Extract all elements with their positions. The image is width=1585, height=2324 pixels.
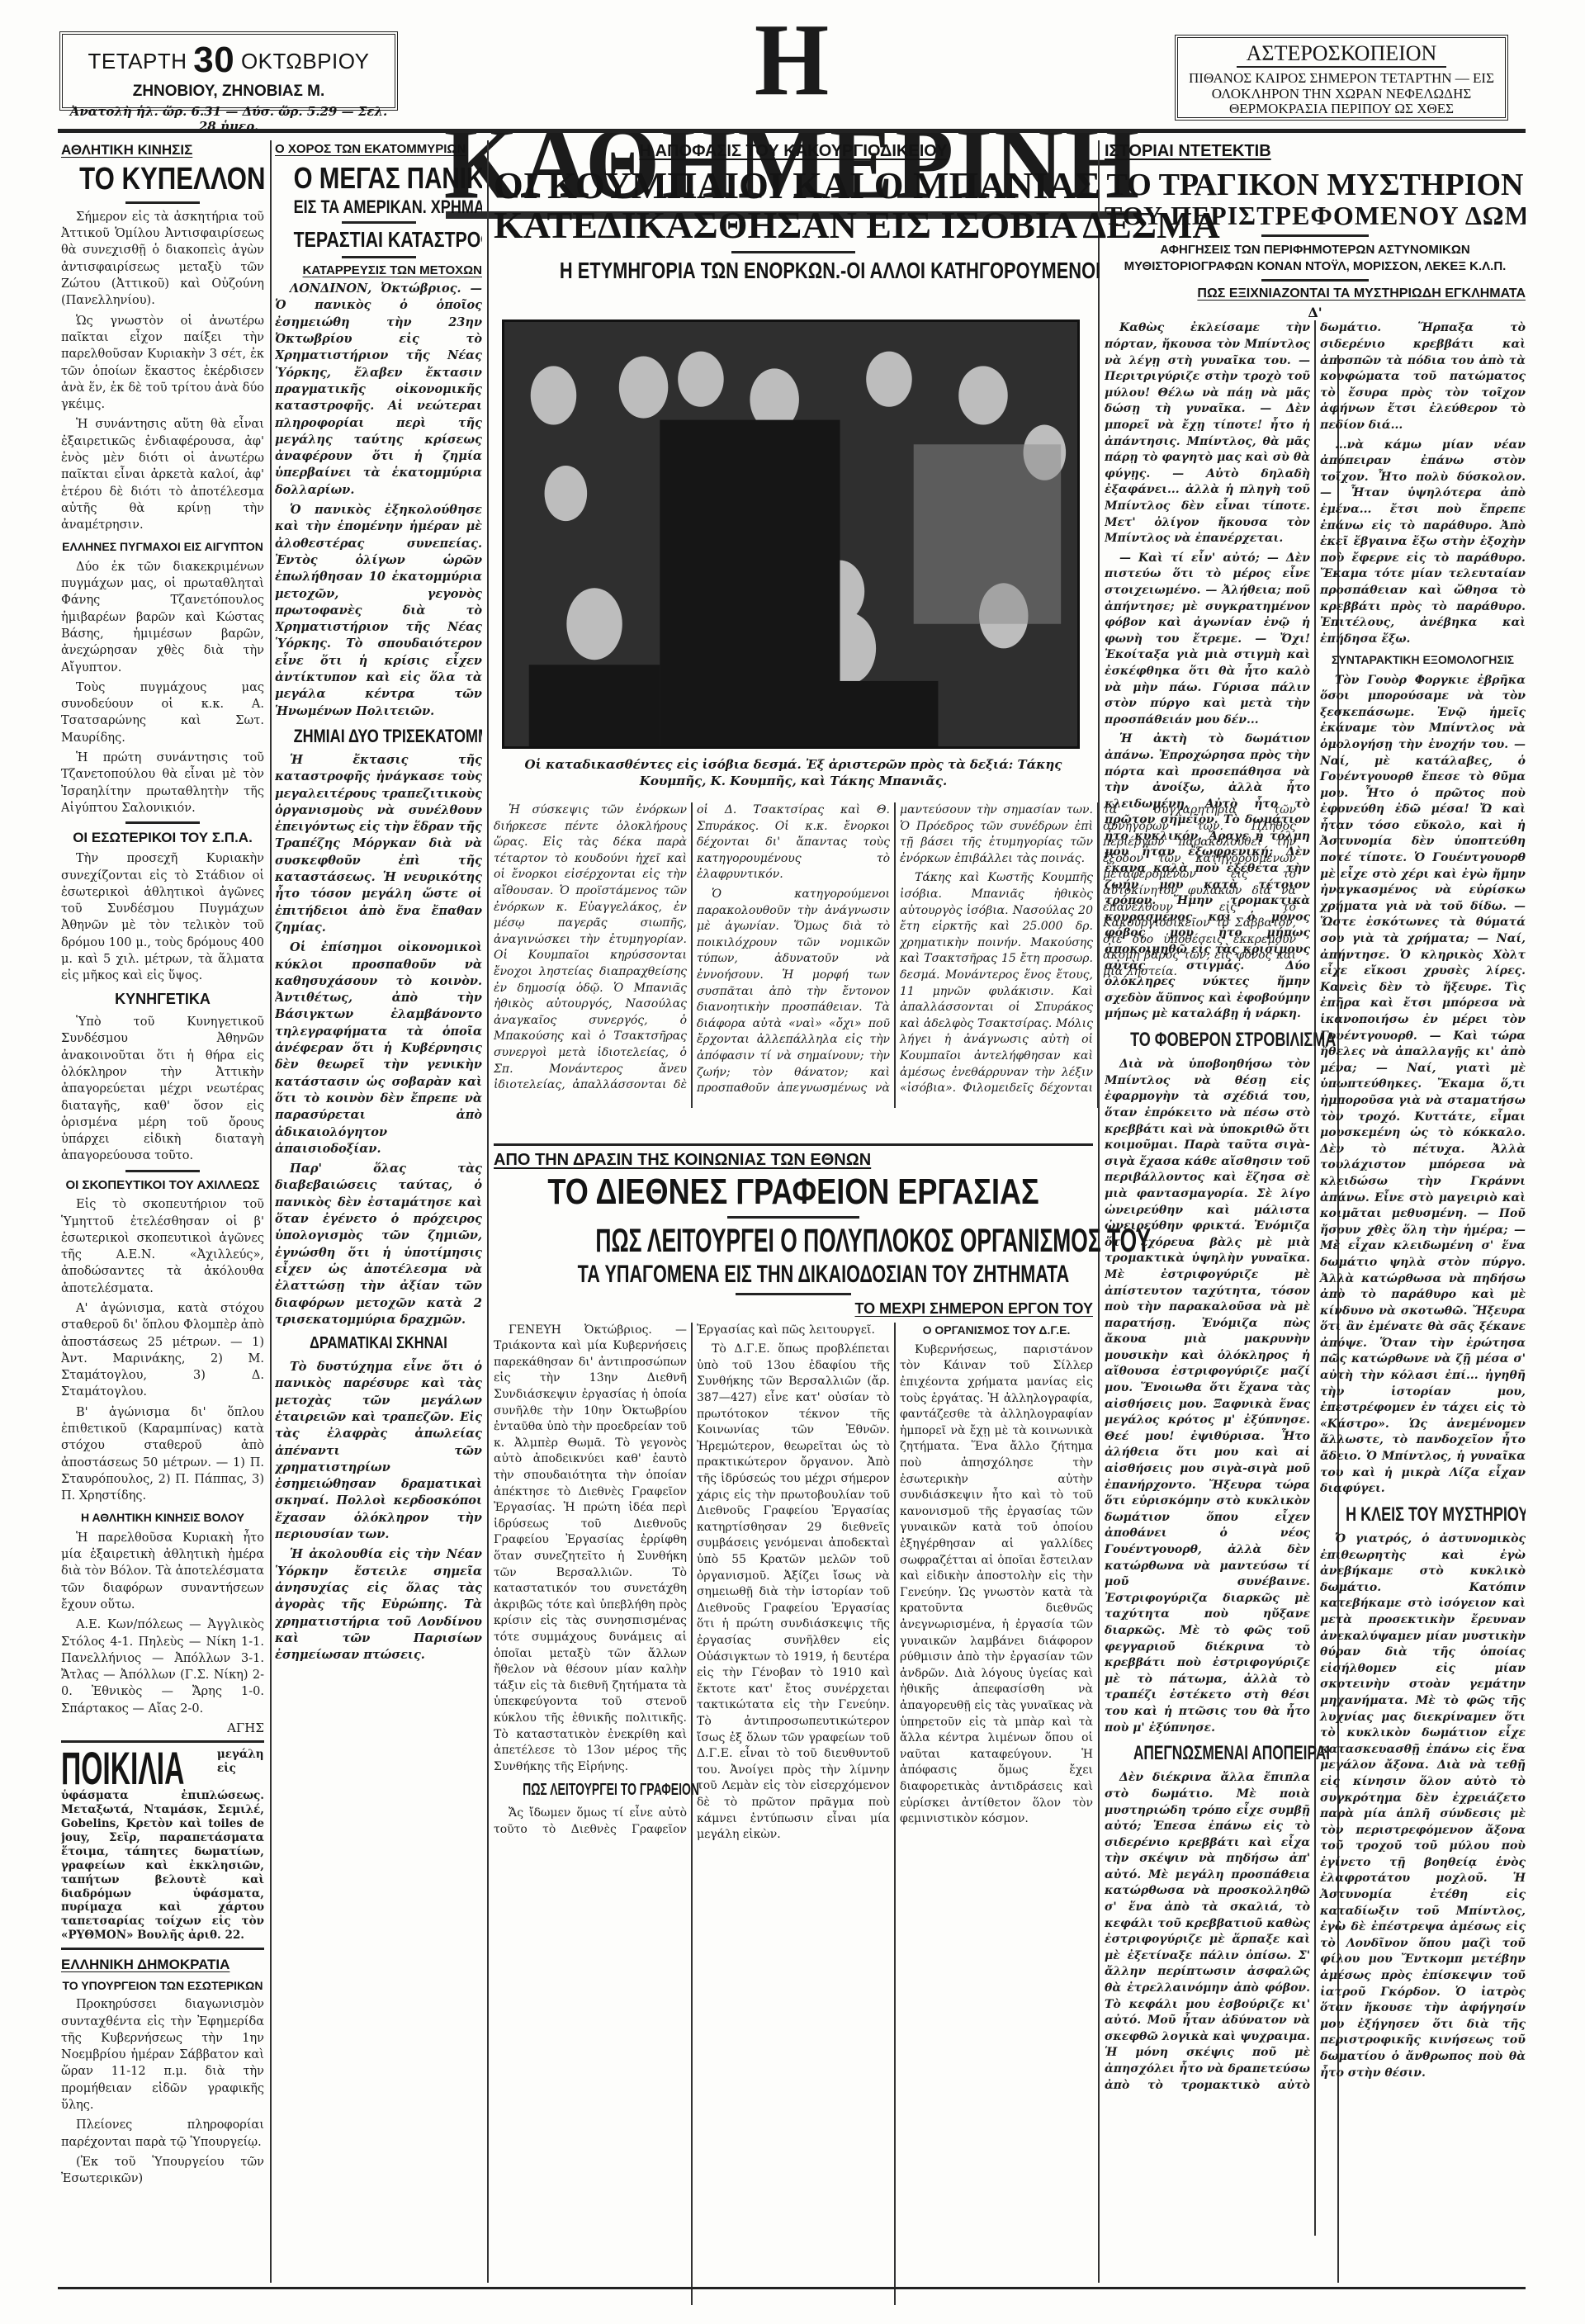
paragraph: Τὸν Γουὸρ Φοργκιε ἐβρῆκα ὅσοι μπορούσαμε… — [1320, 673, 1526, 1498]
newspaper-title-block: Η ΚΑΘΗΜΕΡΙΝΗ — [429, 17, 1156, 124]
article-subheading: ΑΠΕΓΝΩΣΜΕΝΑΙ ΑΠΟΠΕΙΡΑΙ — [1133, 1743, 1281, 1763]
divider — [736, 1293, 851, 1295]
paragraph: Α' ἀγώνισμα, κατὰ στόχου σταθεροῦ δι' ὅπ… — [61, 1300, 264, 1401]
paragraph: Εἰς τὸ σκοπευτήριον τοῦ Ὑμηττοῦ ἐτελέσθη… — [61, 1196, 264, 1297]
article-subheading: Η ΚΛΕΙΣ ΤΟΥ ΜΥΣΤΗΡΙΟΥ — [1346, 1504, 1500, 1525]
paragraph: Ὡς γνωστὸν οἱ ἀνωτέρω παῖκται εἶχον παίξ… — [61, 313, 264, 414]
paragraph: ΓΕΝΕΥΗ Ὀκτώβριος. — Τριάκοντα καὶ μία Κυ… — [494, 1323, 687, 1776]
part-number: Δ' — [1105, 305, 1526, 320]
divider — [1261, 279, 1369, 282]
article-subheading: ΚΥΝΗΓΕΤΙΚΑ — [61, 990, 264, 1009]
article-headline-2: ΕΙΣ ΤΑ ΑΜΕΡΙΚΑΝ. ΧΡΗΜΑΤΙΣΤΗΡΙΑ — [294, 197, 464, 216]
paragraph: — Καὶ τί εἶν' αὐτό; — Δὲν πιστεύω ὅτι τὸ… — [1105, 551, 1310, 729]
date-month: ΟΚΤΩΒΡΙΟΥ — [241, 49, 370, 73]
paragraph: Ὁ γιατρός, ὁ ἀστυνομικὸς ἐπιθεωρητὴς καὶ… — [1320, 1531, 1526, 2081]
paragraph: Ἡ ἔκτασις τῆς καταστροφῆς ἠνάγκασε τοὺς … — [275, 752, 482, 936]
photo-crowd-illustration — [504, 322, 1077, 746]
article-headline-2: ΚΑΤΕΔΙΚΑΣΘΗΣΑΝ ΕΙΣ ΙΣΟΒΙΑ ΔΕΣΜΑ — [494, 206, 1093, 245]
paragraph: Τὸ δυστύχημα εἶνε ὅτι ὁ πανικὸς παρέσυρε… — [275, 1359, 482, 1543]
article-subheading: ΠΩΣ ΛΕΙΤΟΥΡΓΕΙ ΤΟ ΓΡΑΦΕΙΟΝ — [523, 1782, 658, 1799]
article-subheading: ΕΛΛΗΝΕΣ ΠΥΓΜΑΧΟΙ ΕΙΣ ΑΙΓΥΠΤΟΝ — [61, 539, 264, 554]
article-headline-3: ΤΑ ΥΠΑΓΟΜΕΝΑ ΕΙΣ ΤΗΝ ΔΙΚΑΙΟΔΟΣΙΑΝ ΤΟΥ ΖΗ… — [578, 1261, 1010, 1288]
paragraph: Β' ἀγώνισμα δι' ὅπλου ἐπιθετικοῦ (Καραμπ… — [61, 1404, 264, 1505]
photo-caption: Οἱ καταδικασθέντες εἰς ἰσόβια δεσμά. Ἐξ … — [494, 757, 1093, 789]
advertisement: ΠΟΙΚΙΛΙΑ μεγάλη εἰς ὑφάσματα ἐπιπλώσεως.… — [61, 1748, 264, 1943]
section-kicker: ΑΘΛΗΤΙΚΗ ΚΙΝΗΣΙΣ — [61, 142, 264, 159]
divider — [125, 1170, 200, 1172]
paragraph: Ἡ συνάντησις αὕτη θὰ εἶναι ἐξαιρετικῶς ἐ… — [61, 416, 264, 533]
article-ilo: ΑΠΟ ΤΗΝ ΔΡΑΣΙΝ ΤΗΣ ΚΟΙΝΩΝΙΑΣ ΤΩΝ ΕΘΝΩΝ Τ… — [494, 1143, 1093, 2291]
paragraph: Ἡ παρελθοῦσα Κυριακὴ ἦτο μία ἐξαιρετικὴ … — [61, 1530, 264, 1613]
paragraph: Κυβερνήσεως, παριστάνον τὸν Κάιναν τοῦ Σ… — [900, 1342, 1093, 1828]
masthead-rule — [58, 129, 1526, 133]
paragraph: Τὸ Δ.Γ.Ε. ὅπως προβλέπεται ὑπὸ τοῦ 13ου … — [697, 1342, 890, 1843]
article-subheading: ΚΑΤΑΡΡΕΥΣΙΣ ΤΩΝ ΜΕΤΟΧΩΝ — [275, 263, 482, 277]
article-headline: ΤΟ ΔΙΕΘΝΕΣ ΓΡΑΦΕΙΟΝ ΕΡΓΑΣΙΑΣ — [547, 1173, 1039, 1211]
article-subheading: ΟΙ ΕΣΩΤΕΡΙΚΟΙ ΤΟΥ Σ.Π.Α. — [61, 829, 264, 847]
divider — [125, 201, 200, 204]
article-headline-3: ΤΕΡΑΣΤΙΑΙ ΚΑΤΑΣΤΡΟΦΑΙ — [294, 229, 464, 251]
paragraph: Ὑπὸ τοῦ Κυνηγετικοῦ Συνδέσμου Ἀθηνῶν ἀνα… — [61, 1014, 264, 1165]
divider — [727, 1216, 859, 1219]
paragraph: Δύο ἐκ τῶν διακεκριμένων πυγμάχων μας, ο… — [61, 559, 264, 676]
courtroom-photo — [502, 319, 1080, 749]
divider — [1261, 234, 1369, 237]
date-box: ΤΕΤΑΡΤΗ 30 ΟΚΤΩΒΡΙΟΥ ΖΗΝΟΒΙΟΥ, ΖΗΝΟΒΙΑΣ … — [59, 31, 398, 111]
paragraph: Τὴν προσεχῆ Κυριακὴν συνεχίζονται εἰς τὸ… — [61, 850, 264, 984]
trial-body: Ἡ σύσκεψις τῶν ἐνόρκων διήρκεσε πέντε ὁλ… — [494, 802, 1093, 1108]
column-divider — [487, 140, 489, 2283]
date-line: ΤΕΤΑΡΤΗ 30 ΟΚΤΩΒΡΙΟΥ — [69, 40, 388, 81]
paragraph: Διὰ νὰ ὑποβοηθήσω τὸν Μπίντλος νὰ θέσῃ ε… — [1105, 1057, 1310, 1736]
weather-box: ΑΣΤΕΡΟΣΚΟΠΕΙΟΝ ΠΙΘΑΝΟΣ ΚΑΙΡΟΣ ΣΗΜΕΡΟΝ ΤΕ… — [1175, 35, 1508, 121]
section-kicker: ΙΣΤΟΡΙΑΙ ΝΤΕΤΕΚΤΙΒ — [1105, 142, 1526, 161]
paragraph: Ἡ πρώτη συνάντησις τοῦ Τζανετοπούλου θὰ … — [61, 750, 264, 816]
article-subheading: ΤΟ ΦΟΒΕΡΟΝ ΣΤΡΟΒΙΛΙΣΜΑ — [1130, 1029, 1285, 1050]
page-bottom-rule — [58, 2287, 1526, 2289]
namedays: ΖΗΝΟΒΙΟΥ, ΖΗΝΟΒΙΑΣ Μ. — [69, 83, 388, 101]
divider — [731, 251, 855, 253]
article-subheading: ΔΡΑΜΑΤΙΚΑΙ ΣΚΗΝΑΙ — [294, 1335, 464, 1352]
article-subheading: ΤΟ ΥΠΟΥΡΓΕΙΟΝ ΤΩΝ ΕΣΩΤΕΡΙΚΩΝ — [61, 1978, 264, 1993]
paragraph: Α.Ε. Κων/πόλεως — Ἀγγλικὸς Στόλος 4-1. Π… — [61, 1616, 264, 1717]
article-subheading: Ο ΟΡΓΑΝΙΣΜΟΣ ΤΟΥ Δ.Γ.Ε. — [900, 1323, 1093, 1337]
divider — [342, 221, 416, 224]
paragraph: ...νὰ κάμω μίαν νέαν ἀπόπειραν ἐπάνω στὸ… — [1320, 438, 1526, 648]
ornamental-rule — [494, 1143, 1093, 1146]
column-divider — [1098, 140, 1100, 2283]
divider — [342, 256, 416, 258]
paragraph: Πλείονες πληροφορίαι παρέχονται παρὰ τῷ … — [61, 2117, 264, 2151]
paragraph: Παρ' ὅλας τὰς διαβεβαιώσεις ταύτας, ὁ πα… — [275, 1161, 482, 1328]
divider — [61, 1740, 264, 1743]
paragraph: ΛΟΝΔΙΝΟΝ, Ὀκτώβριος. — Ὁ πανικὸς ὁ ὁποῖο… — [275, 281, 482, 499]
paragraph: Ἡ ἀκτὴ τὸ δωμάτιον ἀπάνω. Ἐπροχώρησα πρὸ… — [1105, 731, 1310, 1023]
article-headline: ΤΟ ΚΥΠΕΛΛΟΝ «ΚΕΤΣΕΑ» — [79, 163, 246, 196]
paragraph: Ἡ ἀκολουθία εἰς τὴν Νέαν Ὑόρκην ἔστειλε … — [275, 1546, 482, 1664]
paragraph: Ὁ πανικὸς ἐξηκολούθησε καὶ τὴν ἑπομένην … — [275, 502, 482, 720]
ilo-body: ΓΕΝΕΥΗ Ὀκτώβριος. — Τριάκοντα καὶ μία Κυ… — [494, 1323, 1093, 2305]
paragraph: Καθὼς ἐκλείσαμε τὴν πόρταν, ἤκουσα τὸν Μ… — [1105, 320, 1310, 547]
detective-body: Καθὼς ἐκλείσαμε τὴν πόρταν, ἤκουσα τὸν Μ… — [1105, 320, 1526, 2236]
paragraph: (Ἐκ τοῦ Ὑπουργείου τῶν Ἐσωτερικῶν) — [61, 2154, 264, 2188]
section-kicker: ΑΠΟ ΤΗΝ ΔΡΑΣΙΝ ΤΗΣ ΚΟΙΝΩΝΙΑΣ ΤΩΝ ΕΘΝΩΝ — [494, 1151, 1093, 1170]
article-subheading: ΟΙ ΣΚΟΠΕΥΤΙΚΟΙ ΤΟΥ ΑΧΙΛΛΕΩΣ — [61, 1177, 264, 1194]
article-subheading: Η ΑΘΛΗΤΙΚΗ ΚΙΝΗΣΙΣ ΒΟΛΟΥ — [61, 1510, 264, 1525]
section-kicker: Η ΑΠΟΦΑΣΙΣ ΤΟΥ ΚΑΚΟΥΡΓΙΟΔΙΚΕΙΟΥ — [494, 142, 1093, 161]
date-number: 30 — [193, 40, 234, 80]
weather-title: ΑΣΤΕΡΟΣΚΟΠΕΙΟΝ — [1237, 41, 1447, 68]
paragraph: Σήμερον εἰς τὰ ἀσκητήρια τοῦ Ἀττικοῦ Ὁμί… — [61, 209, 264, 310]
article-subheading: ΑΦΗΓΗΣΕΙΣ ΤΩΝ ΠΕΡΙΦΗΜΟΤΕΡΩΝ ΑΣΤΥΝΟΜΙΚΩΝ … — [1105, 242, 1526, 274]
weather-forecast: ΠΙΘΑΝΟΣ ΚΑΙΡΟΣ ΣΗΜΕΡΟΝ ΤΕΤΑΡΤΗΝ — ΕΙΣ ΟΛ… — [1183, 71, 1500, 117]
article-headline-2: ΤΟΥ ΠΕΡΙΣΤΡΕΦΟΜΕΝΟΥ ΔΩΜΑΤΙΟΥ — [1105, 202, 1526, 230]
paragraph: Τοὺς πυγμάχους μας συνοδεύουν οἱ κ.κ. Α.… — [61, 679, 264, 746]
article-trial: Η ΑΠΟΦΑΣΙΣ ΤΟΥ ΚΑΚΟΥΡΓΙΟΔΙΚΕΙΟΥ ΟΙ ΚΟΥΜΠ… — [494, 142, 1093, 1108]
divider — [61, 1948, 264, 1950]
column-divider — [270, 140, 272, 2283]
signature: ΑΓΗΣ — [61, 1721, 264, 1735]
article-subheading: ΣΥΝΤΑΡΑΚΤΙΚΗ ΕΞΟΜΟΛΟΓΗΣΙΣ — [1320, 652, 1526, 667]
article-detective: ΙΣΤΟΡΙΑΙ ΝΤΕΤΕΚΤΙΒ ΤΟ ΤΡΑΓΙΚΟΝ ΜΥΣΤΗΡΙΟΝ… — [1105, 142, 1526, 2289]
column-sports: ΑΘΛΗΤΙΚΗ ΚΙΝΗΣΙΣ ΤΟ ΚΥΠΕΛΛΟΝ «ΚΕΤΣΕΑ» Σή… — [61, 142, 264, 2289]
paragraph: Οἱ ἐπίσημοι οἰκονομικοὶ κύκλοι προσπαθοῦ… — [275, 940, 482, 1157]
section-kicker: Ο ΧΟΡΟΣ ΤΩΝ ΕΚΑΤΟΜΜΥΡΙΩΝ — [275, 142, 482, 156]
article-headline-2: ΠΩΣ ΛΕΙΤΟΥΡΓΕΙ Ο ΠΟΛΥΠΛΟΚΟΣ ΟΡΓΑΝΙΣΜΟΣ Τ… — [595, 1224, 991, 1258]
article-headline: ΤΟ ΤΡΑΓΙΚΟΝ ΜΥΣΤΗΡΙΟΝ — [1105, 169, 1526, 202]
date-day: ΤΕΤΑΡΤΗ — [88, 49, 187, 73]
article-subheading: ΖΗΜΙΑΙ ΔΥΟ ΤΡΙΣΕΚΑΤΟΜΜΥΡΙΩΝ — [294, 727, 464, 745]
section-kicker: ΕΛΛΗΝΙΚΗ ΔΗΜΟΚΡΑΤΙΑ — [61, 1957, 264, 1973]
article-subheading: ΤΟ ΜΕΧΡΙ ΣΗΜΕΡΟΝ ΕΡΓΟΝ ΤΟΥ — [494, 1300, 1093, 1318]
ad-title: ΠΟΙΚΙΛΙΑ — [61, 1748, 184, 1789]
article-headline: ΟΙ ΚΟΥΜΠΑΙΟΙ ΚΑΙ Ο ΜΠΑΝΙΑΣ — [494, 166, 1093, 206]
paragraph: Προκηρύσσει διαγωνισμὸν συνταχθέντα εἰς … — [61, 1996, 264, 2113]
article-kicker-2: ΠΩΣ ΕΞΙΧΝΙΑΖΟΝΤΑΙ ΤΑ ΜΥΣΤΗΡΙΩΔΗ ΕΓΚΛΗΜΑΤ… — [1105, 286, 1526, 301]
article-headline: Ο ΜΕΓΑΣ ΠΑΝΙΚΟΣ — [294, 163, 464, 194]
divider — [125, 821, 200, 824]
column-stock-panic: Ο ΧΟΡΟΣ ΤΩΝ ΕΚΑΤΟΜΜΥΡΙΩΝ Ο ΜΕΓΑΣ ΠΑΝΙΚΟΣ… — [275, 142, 482, 2289]
article-subheading: Η ΕΤΥΜΗΓΟΡΙΑ ΤΩΝ ΕΝΟΡΚΩΝ.-ΟΙ ΑΛΛΟΙ ΚΑΤΗΓ… — [560, 258, 1027, 282]
